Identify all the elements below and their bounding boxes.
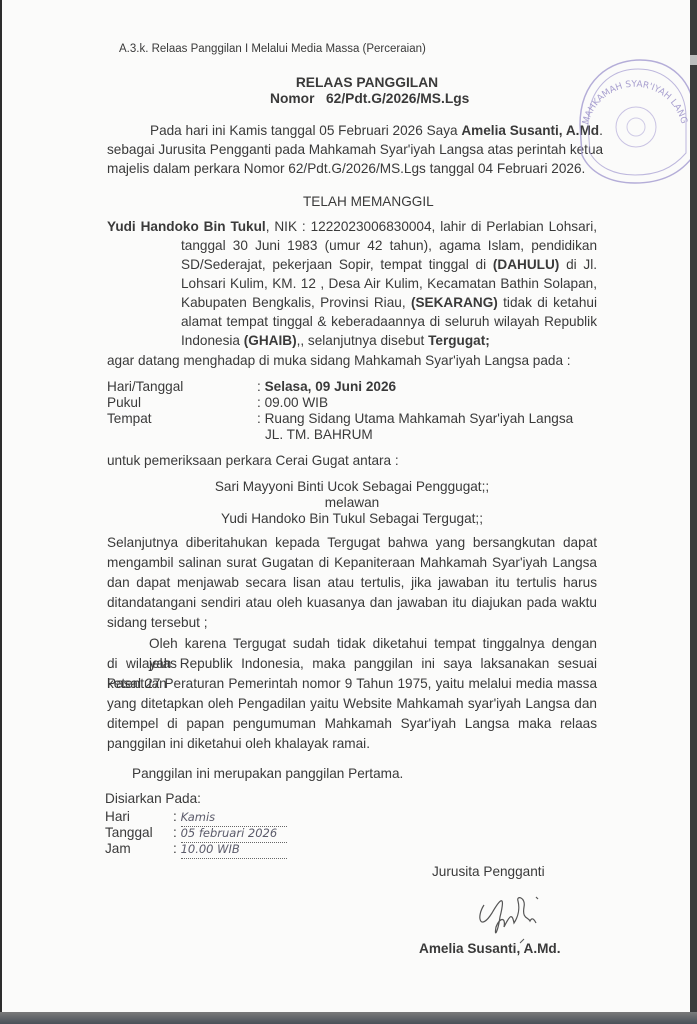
number-value: 62/Pdt.G/2026/MS.Lgs xyxy=(326,91,469,106)
reason-line: ditempel di papan pengumuman Mahkamah Sy… xyxy=(107,714,597,734)
hearing-date: Selasa, 09 Juni 2026 xyxy=(265,379,397,394)
ghaib-label: (GHAIB) xyxy=(244,333,297,348)
intro-line-3: majelis dalam perkara Nomor 62/Pdt.G/202… xyxy=(107,159,585,179)
intro-text: Pada hari ini Kamis tanggal 05 Februari … xyxy=(150,123,461,138)
summoned-text: SD/Sederajat, pekerjaan Sopir, tempat ti… xyxy=(181,257,493,272)
separator: : xyxy=(257,379,261,394)
separator: : xyxy=(173,841,177,856)
summoned-text: , NIK : 1222023006830004, lahir di Perla… xyxy=(266,219,597,234)
broadcast-date-label: Tanggal xyxy=(105,824,153,841)
reason-last-line: panggilan ini diketahui oleh khalayak ra… xyxy=(107,734,370,754)
number-label: Nomor xyxy=(270,91,314,106)
intro-line-1: Pada hari ini Kamis tanggal 05 Februari … xyxy=(150,121,603,141)
signature-mark-icon xyxy=(470,887,570,947)
summoned-text: ,, selanjutnya disebut xyxy=(297,333,429,348)
broadcast-heading: Disiarkan Pada: xyxy=(105,791,201,807)
place-value: : Ruang Sidang Utama Mahkamah Syar'iyah … xyxy=(257,410,573,427)
notice-line: Selanjutnya diberitahukan kepada Terguga… xyxy=(107,533,597,553)
summoned-text: Kabupaten Bengkalis, Provinsi Riau, xyxy=(181,295,411,310)
notice-line: ditandatangani sendiri atau oleh kuasany… xyxy=(107,593,597,613)
separator: : xyxy=(173,825,177,840)
separator: : xyxy=(257,395,261,410)
case-intro: untuk pemeriksaan perkara Cerai Gugat an… xyxy=(107,451,399,471)
signatory-role: Jurusita Pengganti xyxy=(432,862,545,882)
summoned-line-5: Kabupaten Bengkalis, Provinsi Riau, (SEK… xyxy=(181,293,597,313)
time-value: : 09.00 WIB xyxy=(257,394,328,411)
summoned-text: Indonesia xyxy=(181,333,244,348)
separator: : xyxy=(257,411,261,426)
broadcast-time-label: Jam xyxy=(105,840,131,857)
reason-line: yang ditetapkan oleh Pengadilan yaitu We… xyxy=(107,694,597,714)
summoned-line-7: Indonesia (GHAIB),, selanjutnya disebut … xyxy=(181,331,490,351)
document-number: Nomor 62/Pdt.G/2026/MS.Lgs xyxy=(270,89,469,109)
separator: : xyxy=(173,809,177,824)
summoned-text: tidak di ketahui xyxy=(498,295,597,310)
summoned-line-3: SD/Sederajat, pekerjaan Sopir, tempat ti… xyxy=(181,255,597,275)
summoned-line-1: Yudi Handoko Bin Tukul, NIK : 1222023006… xyxy=(107,217,597,237)
form-code: A.3.k. Relaas Panggilan I Melalui Media … xyxy=(119,39,426,59)
summoned-line-4: Lohsari Kulim, KM. 12 , Desa Air Kulim, … xyxy=(181,274,597,294)
summons-heading: TELAH MEMANGGIL xyxy=(303,192,434,212)
defendant-role: Tergugat; xyxy=(428,333,490,348)
summoned-line-2: tanggal 30 Juni 1983 (umur 42 tahun), ag… xyxy=(181,236,597,256)
defendant-name: Yudi Handoko Bin Tukul xyxy=(107,219,266,234)
intro-line-2: sebagai Jurusita Pengganti pada Mahkamah… xyxy=(107,140,603,160)
broadcast-time-field: : 10.00 WIB xyxy=(173,840,287,859)
notice-last-line: sidang tersebut ; xyxy=(107,613,208,633)
summoned-line-6: alamat tempat tinggal & keberadaannya di… xyxy=(181,312,597,332)
court-stamp-icon: MAHKAMAH SYAR'IYAH LANGSA xyxy=(570,55,695,190)
defendant-line: Yudi Handoko Bin Tukul Sebagai Tergugat;… xyxy=(107,509,597,529)
summoned-text: di Jl. xyxy=(559,257,597,272)
hearing-place: Ruang Sidang Utama Mahkamah Syar'iyah La… xyxy=(265,411,574,426)
appearance-instruction: agar datang menghadap di muka sidang Mah… xyxy=(107,351,571,371)
broadcast-day-label: Hari xyxy=(105,808,130,825)
broadcast-time-value: 10.00 WIB xyxy=(181,841,287,859)
scan-edge-bottom xyxy=(0,1012,697,1024)
place-label: Tempat xyxy=(107,410,152,427)
document-page: A.3.k. Relaas Panggilan I Melalui Media … xyxy=(0,0,690,1012)
date-value: : Selasa, 09 Juni 2026 xyxy=(257,378,396,395)
notice-line: dan dapat menjawab secara lisan atau ter… xyxy=(107,573,597,593)
date-label: Hari/Tanggal xyxy=(107,378,183,395)
hearing-time: 09.00 WIB xyxy=(265,395,328,410)
current-address-label: (SEKARANG) xyxy=(411,295,498,310)
closing-statement: Panggilan ini merupakan panggilan Pertam… xyxy=(132,764,403,784)
notice-line: mengambil salinan surat Gugatan di Kepan… xyxy=(107,553,597,573)
former-address-label: (DAHULU) xyxy=(493,257,559,272)
scan-edge-right xyxy=(690,0,697,1024)
signatory-name: Amelia Susanti, A.Md. xyxy=(419,939,561,959)
time-label: Pukul xyxy=(107,394,141,411)
place-address: JL. TM. BAHRUM xyxy=(265,426,373,443)
reason-line: Pasal 27 Peraturan Pemerintah nomor 9 Ta… xyxy=(107,674,597,694)
